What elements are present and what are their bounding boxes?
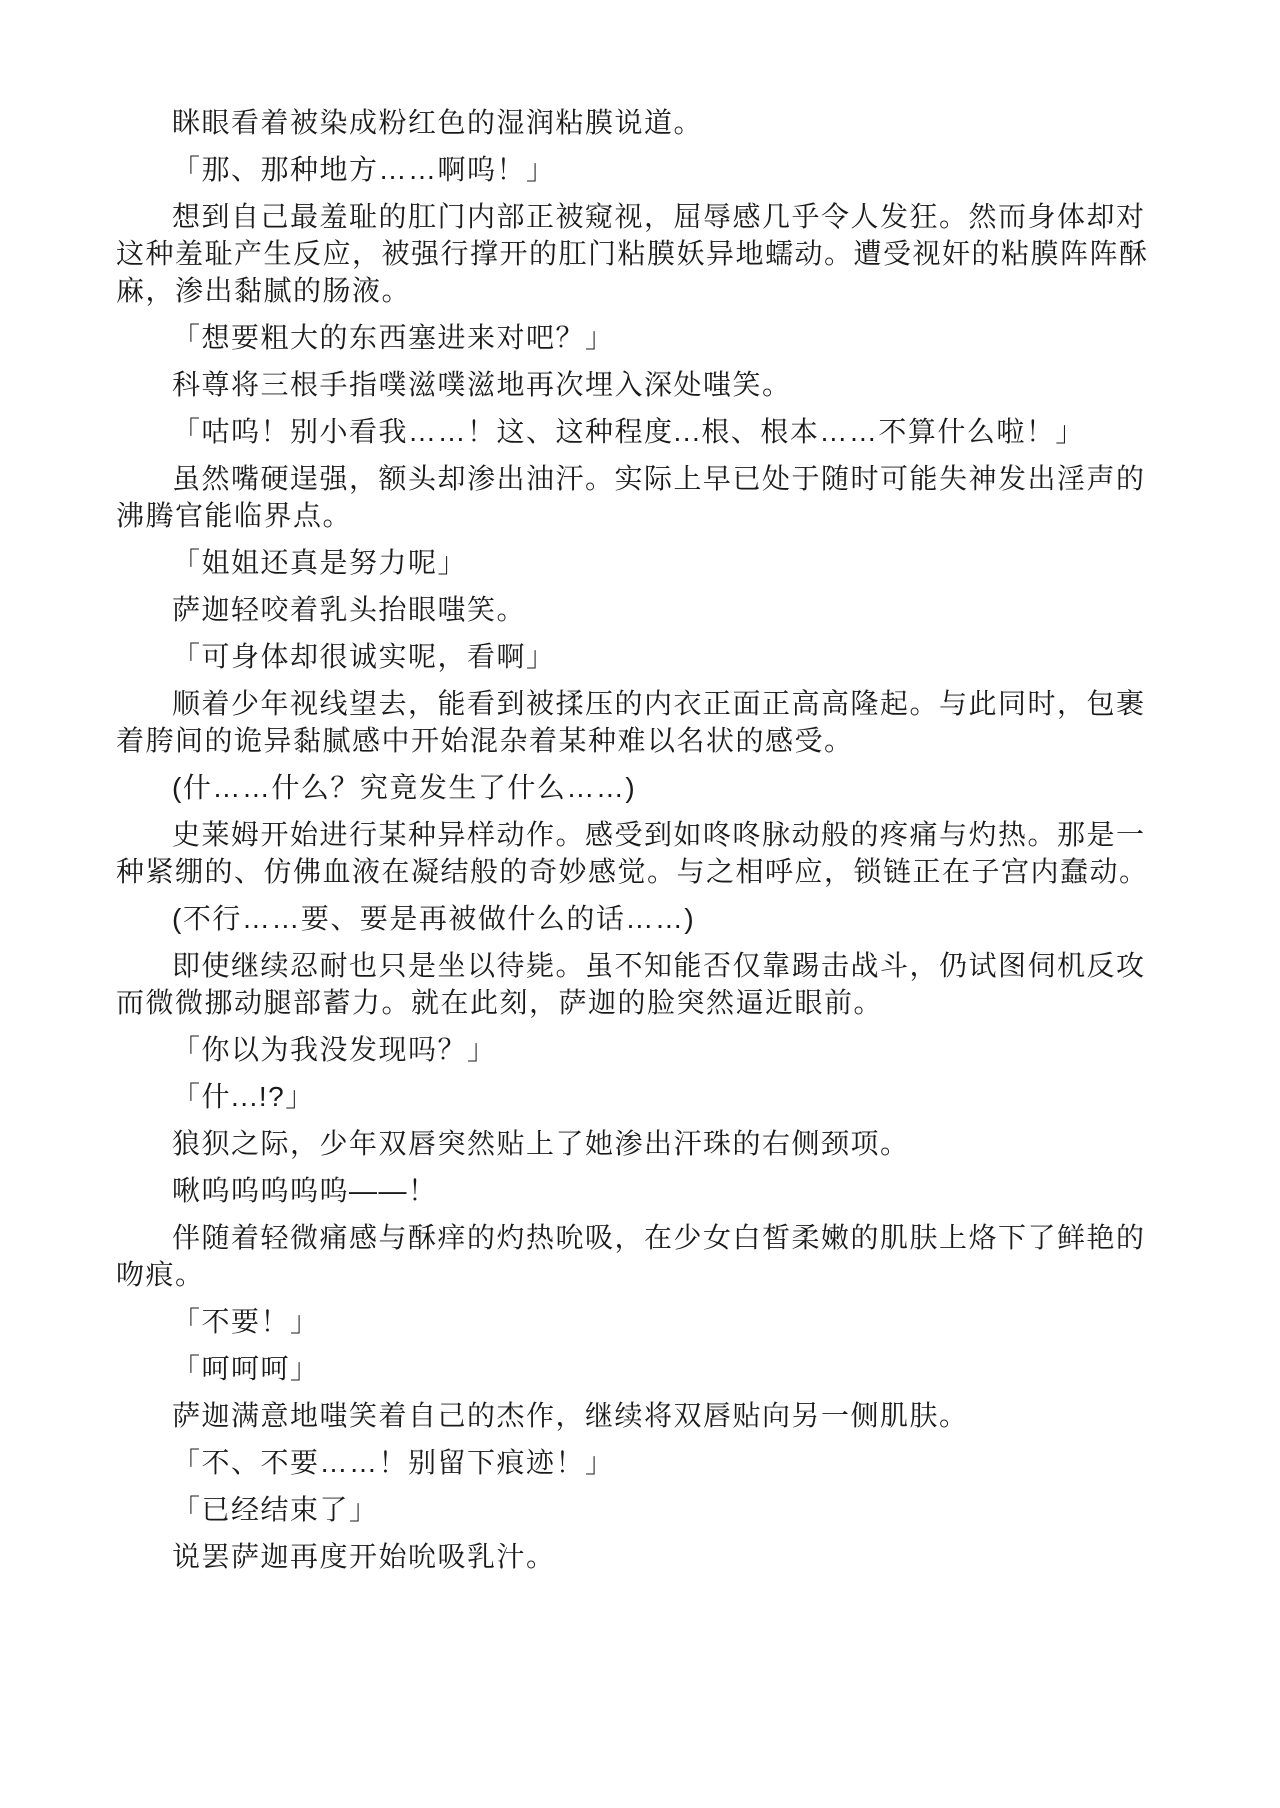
paragraph: 狼狈之际，少年双唇突然贴上了她渗出汗珠的右侧颈项。: [116, 1125, 1170, 1162]
paragraph: 「咕呜！别小看我……！这、这种程度...根、根本……不算什么啦！」: [116, 413, 1170, 450]
paragraph: 伴随着轻微痛感与酥痒的灼热吮吸，在少女白皙柔嫩的肌肤上烙下了鲜艳的吻痕。: [116, 1219, 1170, 1293]
paragraph: 「可身体却很诚实呢，看啊」: [116, 638, 1170, 675]
paragraph: 啾呜呜呜呜呜——！: [116, 1172, 1170, 1209]
paragraph: 想到自己最羞耻的肛门内部正被窥视，屈辱感几乎令人发狂。然而身体却对这种羞耻产生反…: [116, 198, 1170, 309]
paragraph: (什……什么？究竟发生了什么……): [116, 769, 1170, 806]
paragraph: 「想要粗大的东西塞进来对吧？」: [116, 319, 1170, 356]
paragraph: 即使继续忍耐也只是坐以待毙。虽不知能否仅靠踢击战斗，仍试图伺机反攻而微微挪动腿部…: [116, 947, 1170, 1021]
paragraph: 科尊将三根手指噗滋噗滋地再次埋入深处嗤笑。: [116, 366, 1170, 403]
text-column: 眯眼看着被染成粉红色的湿润粘膜说道。「那、那种地方……啊呜！」想到自己最羞耻的肛…: [116, 104, 1170, 1575]
paragraph: 萨迦满意地嗤笑着自己的杰作，继续将双唇贴向另一侧肌肤。: [116, 1397, 1170, 1434]
paragraph: 「已经结束了」: [116, 1491, 1170, 1528]
paragraph: (不行……要、要是再被做什么的话……): [116, 900, 1170, 937]
paragraph: 「姐姐还真是努力呢」: [116, 544, 1170, 581]
paragraph: 虽然嘴硬逞强，额头却渗出油汗。实际上早已处于随时可能失神发出淫声的沸腾官能临界点…: [116, 460, 1170, 534]
paragraph: 「不、不要……！别留下痕迹！」: [116, 1444, 1170, 1481]
document-page: 眯眼看着被染成粉红色的湿润粘膜说道。「那、那种地方……啊呜！」想到自己最羞耻的肛…: [0, 0, 1280, 1808]
paragraph: 萨迦轻咬着乳头抬眼嗤笑。: [116, 591, 1170, 628]
paragraph: 「呵呵呵」: [116, 1350, 1170, 1387]
paragraph: 「那、那种地方……啊呜！」: [116, 151, 1170, 188]
paragraph: 「你以为我没发现吗？」: [116, 1031, 1170, 1068]
paragraph: 顺着少年视线望去，能看到被揉压的内衣正面正高高隆起。与此同时，包裹着胯间的诡异黏…: [116, 685, 1170, 759]
paragraph: 「什...!?」: [116, 1078, 1170, 1115]
paragraph: 「不要！」: [116, 1303, 1170, 1340]
paragraph: 史莱姆开始进行某种异样动作。感受到如咚咚脉动般的疼痛与灼热。那是一种紧绷的、仿佛…: [116, 816, 1170, 890]
paragraph: 眯眼看着被染成粉红色的湿润粘膜说道。: [116, 104, 1170, 141]
paragraph: 说罢萨迦再度开始吮吸乳汁。: [116, 1538, 1170, 1575]
